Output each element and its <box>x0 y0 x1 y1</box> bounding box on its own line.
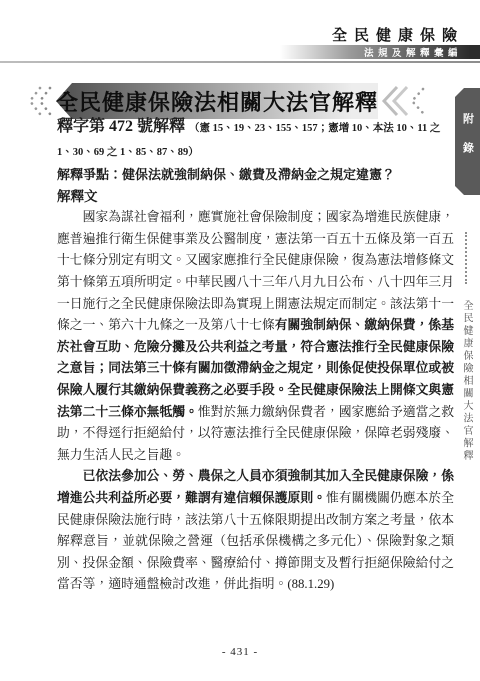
header-rule <box>0 61 480 63</box>
explanation-paragraph: 國家為謀社會福利，應實施社會保險制度；國家為增進民族健康，應普遍推行衛生保健事業… <box>57 207 454 466</box>
volume-banner-bar: 法規及解釋彙編 <box>280 45 480 59</box>
title-banner: 全民健康保險法相關大法官解釋 <box>28 83 414 119</box>
title-ribbon: 全民健康保險法相關大法官解釋 <box>56 83 378 119</box>
volume-banner-label: 法規及解釋彙編 <box>364 45 462 59</box>
explanation-paragraph: 已依法參加公、勞、農保之人員亦須強制其加入全民健康保險，係增進公共利益所必要，難… <box>57 466 454 596</box>
text-segment: 惟有關機關仍應本於全民健康保險法施行時，該法第八十五條限期提出改制方案之考量，依… <box>57 491 454 591</box>
book-page: 全民健康保險 法規及解釋彙編 全民健康保險法相關大法官解釋 附錄 全民健康保險相… <box>0 0 480 681</box>
chevron-right-decoration-icon <box>381 84 427 118</box>
article-content: 釋字第 472 號解釋 （憲 15、19、23、155、157；憲增 10、本法… <box>57 116 454 596</box>
explanation-paragraphs: 國家為謀社會福利，應實施社會保險制度；國家為增進民族健康，應普遍推行衛生保健事業… <box>57 207 454 596</box>
issue-heading: 解釋爭點：健保法就強制納保、繳費及滯納金之規定違憲？ <box>57 164 454 186</box>
interpretation-number: 釋字第 472 號解釋 <box>57 118 185 135</box>
text-segment: 國家為謀社會福利，應實施社會保險制度；國家為增進民族健康，應普遍推行衛生保健事業… <box>57 210 454 332</box>
page-title: 全民健康保險法相關大法官解釋 <box>56 86 378 117</box>
interpretation-heading: 釋字第 472 號解釋 （憲 15、19、23、155、157；憲增 10、本法… <box>57 116 454 164</box>
series-title: 全民健康保險 <box>332 24 464 45</box>
body-section-heading: 解釋文 <box>57 186 454 208</box>
sidebar-dotted-divider <box>465 232 467 284</box>
appendix-tab-label: 附錄 <box>460 113 476 171</box>
appendix-tab[interactable]: 附錄 <box>455 88 480 195</box>
bold-text-segment: 有關強制納保、繳納保費，係基於社會互助、危險分攤及公共利益之考量，符合憲法推行全… <box>57 318 454 418</box>
sidebar-caption: 全民健康保險相關大法官解釋 <box>459 300 474 463</box>
page-number: - 431 - <box>0 646 480 658</box>
dotted-chevron-left-icon <box>28 84 54 118</box>
